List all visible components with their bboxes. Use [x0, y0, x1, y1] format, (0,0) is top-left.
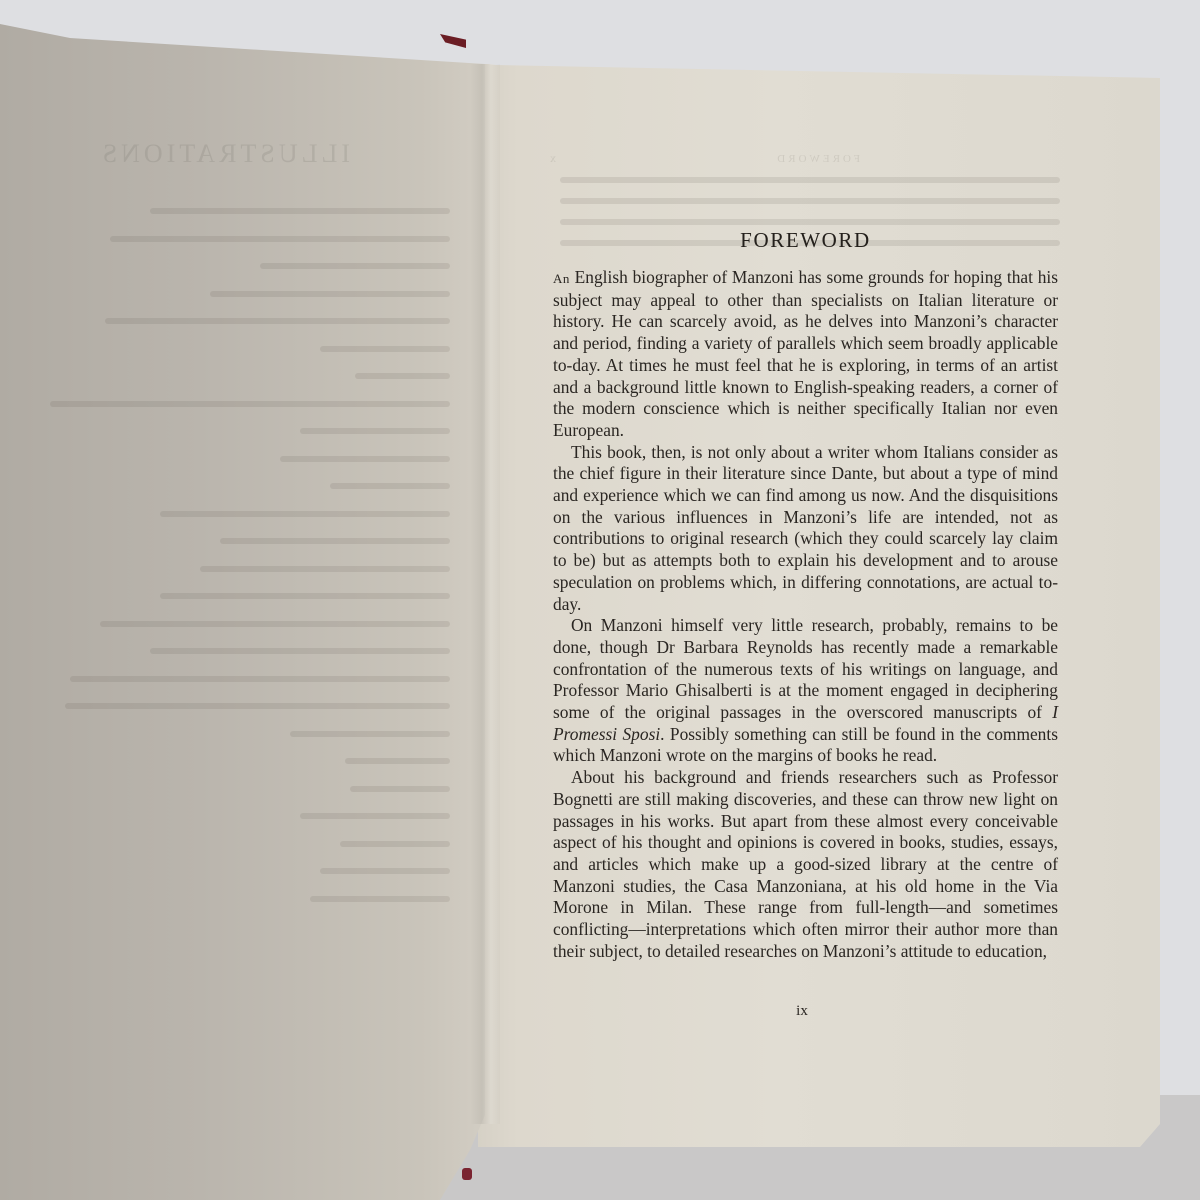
page-title: FOREWORD: [553, 227, 1058, 253]
photo-scene: ILLUSTRATIONS FOREWORD x: [0, 0, 1200, 1200]
foreword-text: FOREWORD An English biographer of Manzon…: [553, 227, 1058, 963]
paragraph-1: An English biographer of Manzoni has som…: [553, 267, 1058, 442]
paragraph-2: This book, then, is not only about a wri…: [553, 442, 1058, 616]
left-page-show-through: ILLUSTRATIONS: [30, 140, 450, 900]
page-number: ix: [782, 1003, 822, 1020]
book-cover-edge-bottom: [462, 1168, 472, 1180]
paragraph-4: About his background and friends researc…: [553, 767, 1058, 962]
drop-smallcaps: An: [553, 271, 570, 286]
show-through-folio: x: [550, 151, 556, 166]
show-through-running-head: FOREWORD: [774, 153, 860, 165]
spine-gutter: [470, 64, 500, 1124]
show-through-heading: ILLUSTRATIONS: [30, 140, 350, 168]
paragraph-3: On Manzoni himself very little research,…: [553, 615, 1058, 767]
